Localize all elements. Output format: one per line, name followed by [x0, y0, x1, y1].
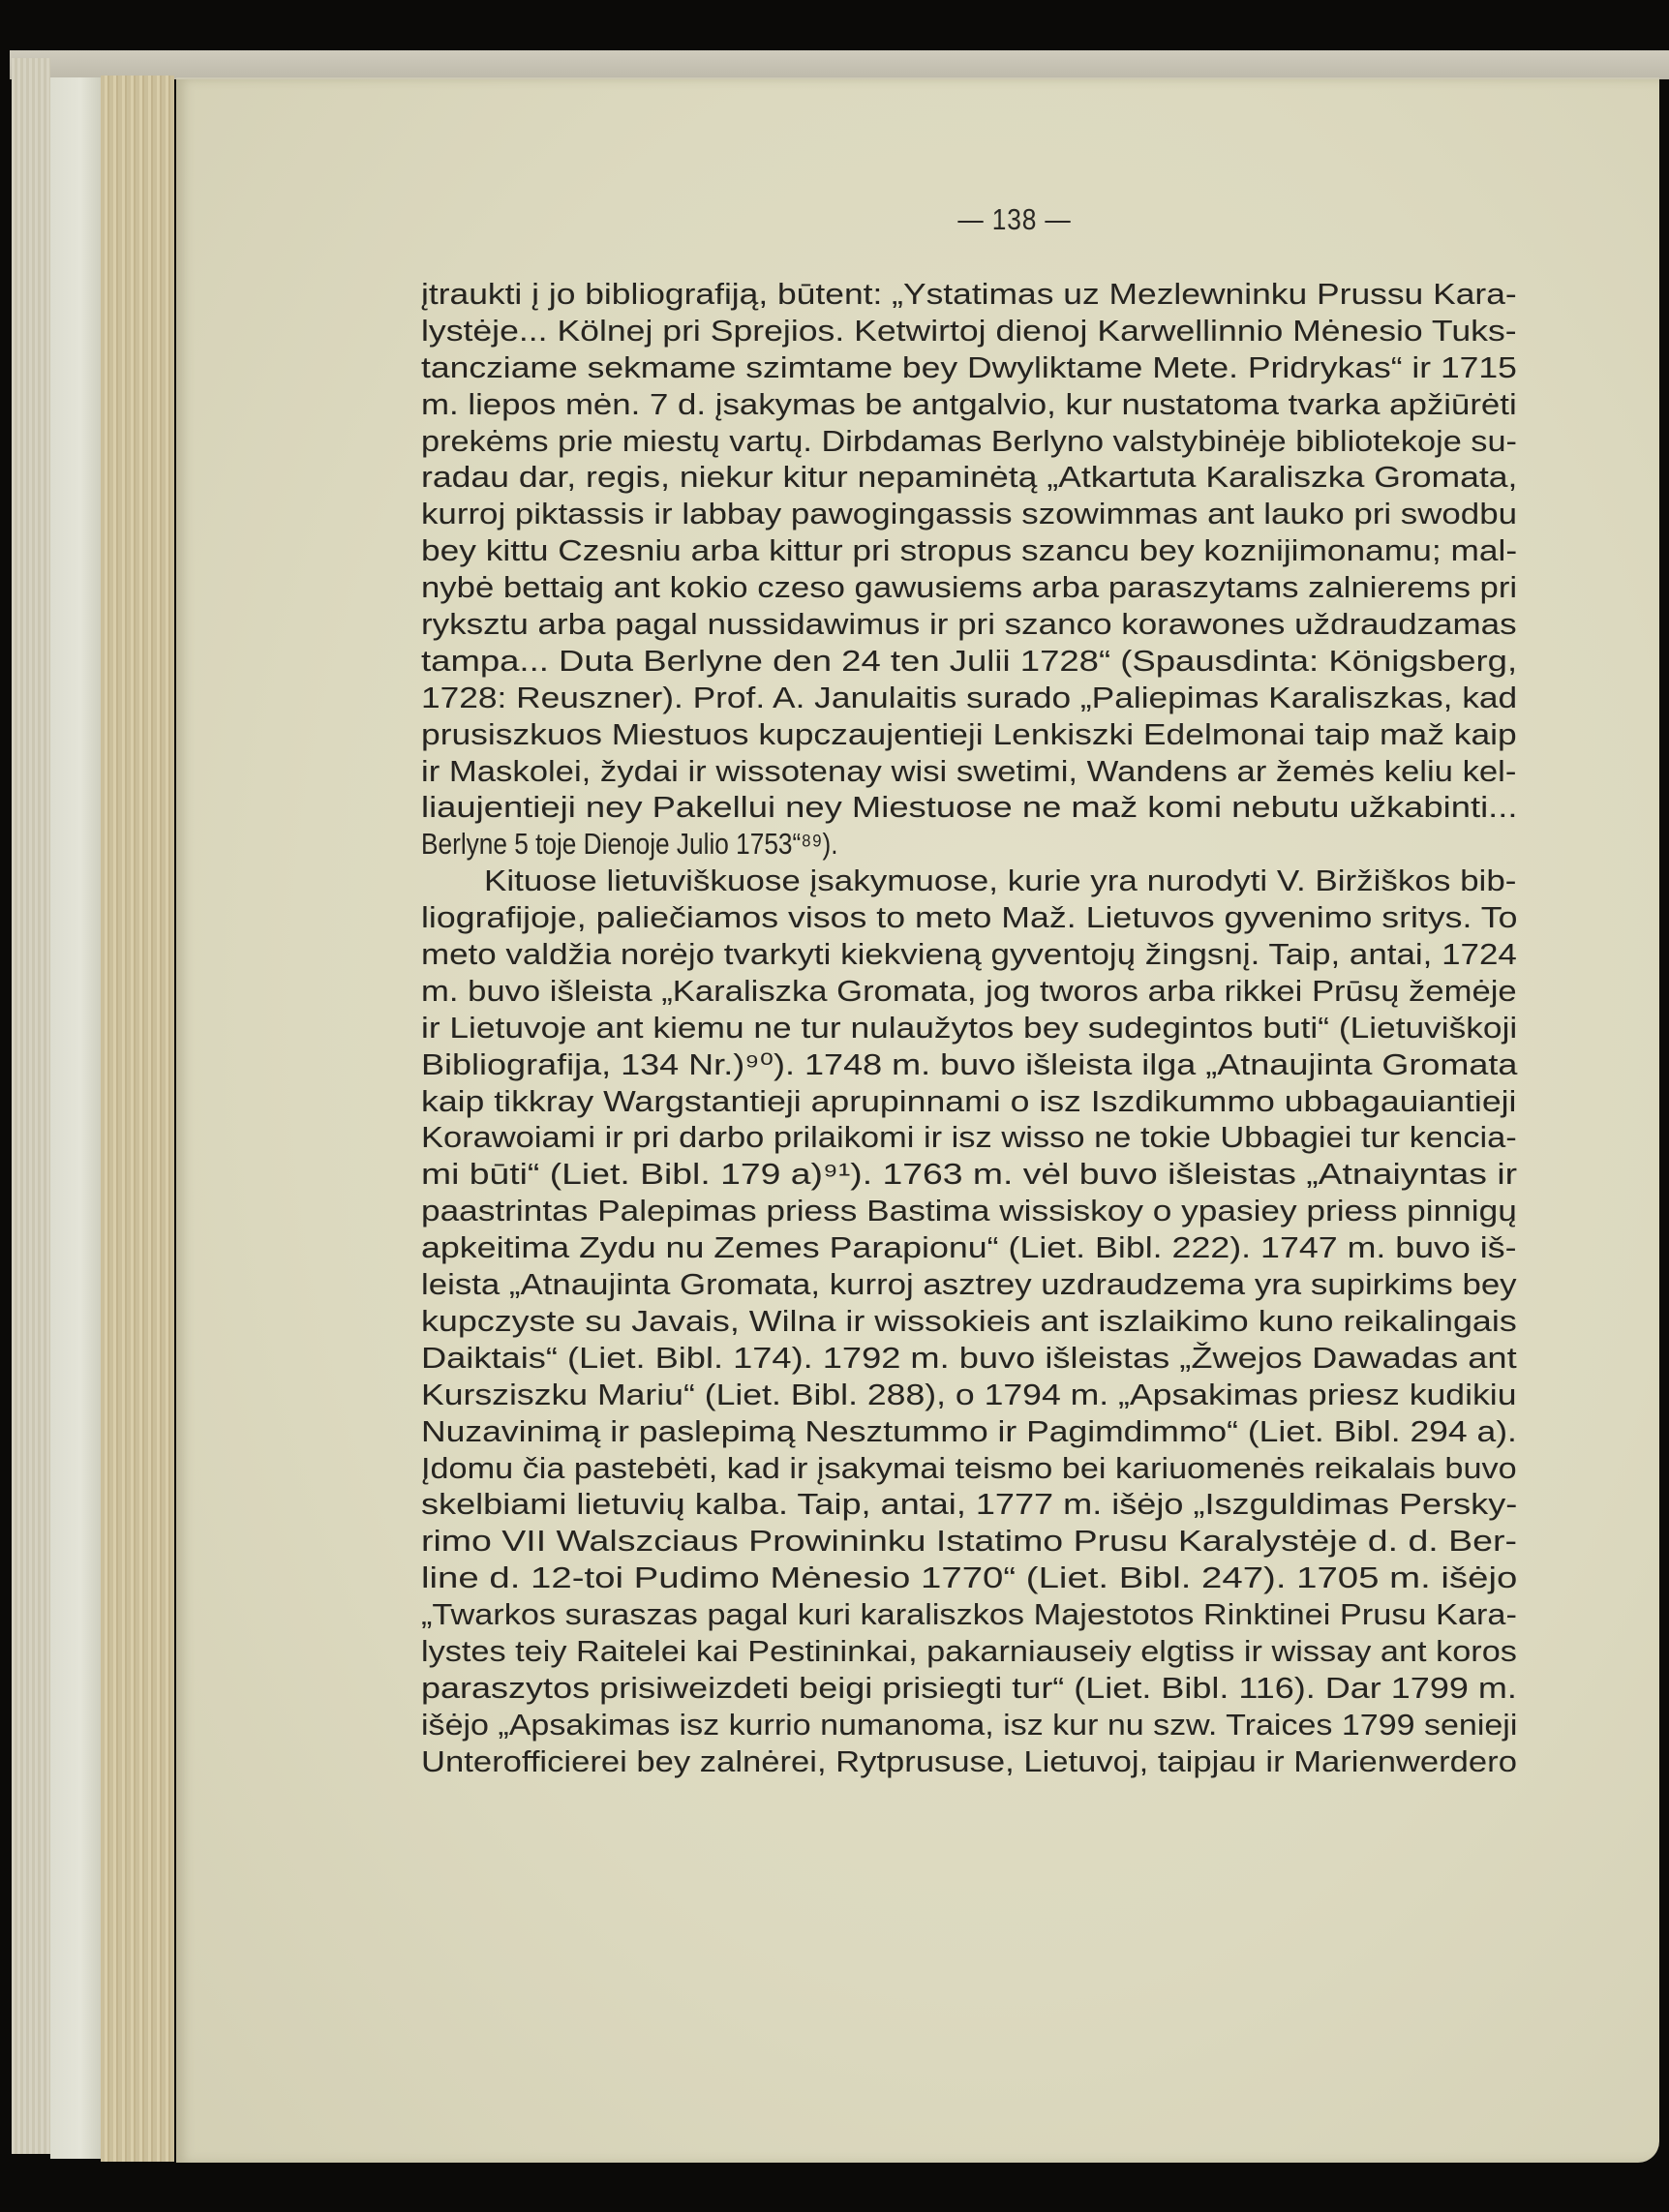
text-line: paastrintas Palepimas priess Bastima wis…: [421, 1194, 1517, 1230]
book-binding-cloth: [12, 58, 50, 2154]
text-line: „Twarkos suraszas pagal kuri karaliszkos…: [421, 1597, 1517, 1634]
text-line: rimo VII Walszciaus Prowininku Istatimo …: [421, 1524, 1517, 1561]
endpaper-strip: [50, 77, 101, 2159]
text-line: lystes teiy Raitelei kai Pestininkai, pa…: [421, 1634, 1517, 1671]
text-line: Kursziszku Mariu“ (Liet. Bibl. 288), o 1…: [421, 1378, 1517, 1414]
text-line: Berlyne 5 toje Dienoje Julio 1753“⁸⁹).: [421, 827, 1517, 864]
text-line: m. liepos mėn. 7 d. įsakymas be antgalvi…: [421, 387, 1517, 424]
text-line: apkeitima Zydu nu Zemes Parapionu“ (Liet…: [421, 1230, 1517, 1267]
text-line: lystėje... Kölnej pri Sprejios. Ketwirto…: [421, 314, 1517, 350]
book-page: — 138 — įtraukti į jo bibliografiją, būt…: [176, 77, 1659, 2163]
text-line: leista „Atnaujinta Gromata, kurroj asztr…: [421, 1267, 1517, 1304]
text-line: m. buvo išleista „Karaliszka Gromata, jo…: [421, 974, 1517, 1011]
text-line: radau dar, regis, niekur kitur nepaminėt…: [421, 460, 1517, 497]
text-line: ir Maskolei, žydai ir wissotenay wisi sw…: [421, 754, 1517, 791]
text-line: kaip tikkray Wargstantieji aprupinnami o…: [421, 1084, 1517, 1121]
page-stack-edges: [101, 76, 174, 2162]
text-line: ryksztu arba pagal nussidawimus ir pri s…: [421, 607, 1517, 644]
page-number: — 138 —: [384, 202, 1645, 237]
text-line: paraszytos prisiweizdeti beigi prisiegti…: [421, 1671, 1517, 1708]
text-line: nybė bettaig ant kokio czeso gawusiems a…: [421, 570, 1517, 607]
text-line: tancziame sekmame szimtame bey Dwyliktam…: [421, 350, 1517, 387]
text-line: Unterofficierei bey zalnėrei, Rytprususe…: [421, 1744, 1517, 1781]
text-line: Įdomu čia pastebėti, kad ir įsakymai tei…: [421, 1451, 1517, 1488]
text-line: liaujentieji ney Pakellui ney Miestuose …: [421, 790, 1517, 827]
text-line: Nuzavinimą ir paslepimą Nesztummo ir Pag…: [421, 1414, 1517, 1451]
text-line: line d. 12-toi Pudimo Mėnesio 1770“ (Lie…: [421, 1561, 1517, 1597]
text-line: Bibliografija, 134 Nr.)⁹⁰). 1748 m. buvo…: [421, 1047, 1517, 1084]
paragraph-1: įtraukti į jo bibliografiją, būtent: „Ys…: [421, 277, 1517, 864]
text-line: tampa... Duta Berlyne den 24 ten Julii 1…: [421, 644, 1517, 681]
text-line: Daiktais“ (Liet. Bibl. 174). 1792 m. buv…: [421, 1341, 1517, 1378]
text-line: įtraukti į jo bibliografiją, būtent: „Ys…: [421, 277, 1517, 314]
text-line: kurroj piktassis ir labbay pawogingassis…: [421, 497, 1517, 533]
text-line: meto valdžia norėjo tvarkyti kiekvieną g…: [421, 937, 1517, 974]
text-line: bey kittu Czesniu arba kittur pri stropu…: [421, 533, 1517, 570]
text-line: prusiszkuos Miestuos kupczaujentieji Len…: [421, 717, 1517, 754]
text-line: ir Lietuvoje ant kiemu ne tur nulaužytos…: [421, 1011, 1517, 1047]
body-text: įtraukti į jo bibliografiją, būtent: „Ys…: [421, 277, 1517, 1781]
paragraph-2: Kituose lietuviškuose įsakymuose, kurie …: [421, 864, 1517, 1780]
text-line: išėjo „Apsakimas isz kurrio numanoma, is…: [421, 1708, 1517, 1744]
text-line: Korawoiami ir pri darbo prilaikomi ir is…: [421, 1120, 1517, 1157]
text-line: mi būti“ (Liet. Bibl. 179 a)⁹¹). 1763 m.…: [421, 1157, 1517, 1194]
text-line: kupczyste su Javais, Wilna ir wissokieis…: [421, 1304, 1517, 1341]
text-line: 1728: Reuszner). Prof. A. Janulaitis sur…: [421, 681, 1517, 717]
text-line: prekėms prie miestų vartų. Dirbdamas Ber…: [421, 424, 1517, 461]
text-line: liografijoje, paliečiamos visos to meto …: [421, 900, 1517, 937]
text-line: skelbiami lietuvių kalba. Taip, antai, 1…: [421, 1487, 1517, 1524]
text-line: Kituose lietuviškuose įsakymuose, kurie …: [421, 864, 1517, 900]
book-cover-top-edge: [10, 50, 1669, 79]
